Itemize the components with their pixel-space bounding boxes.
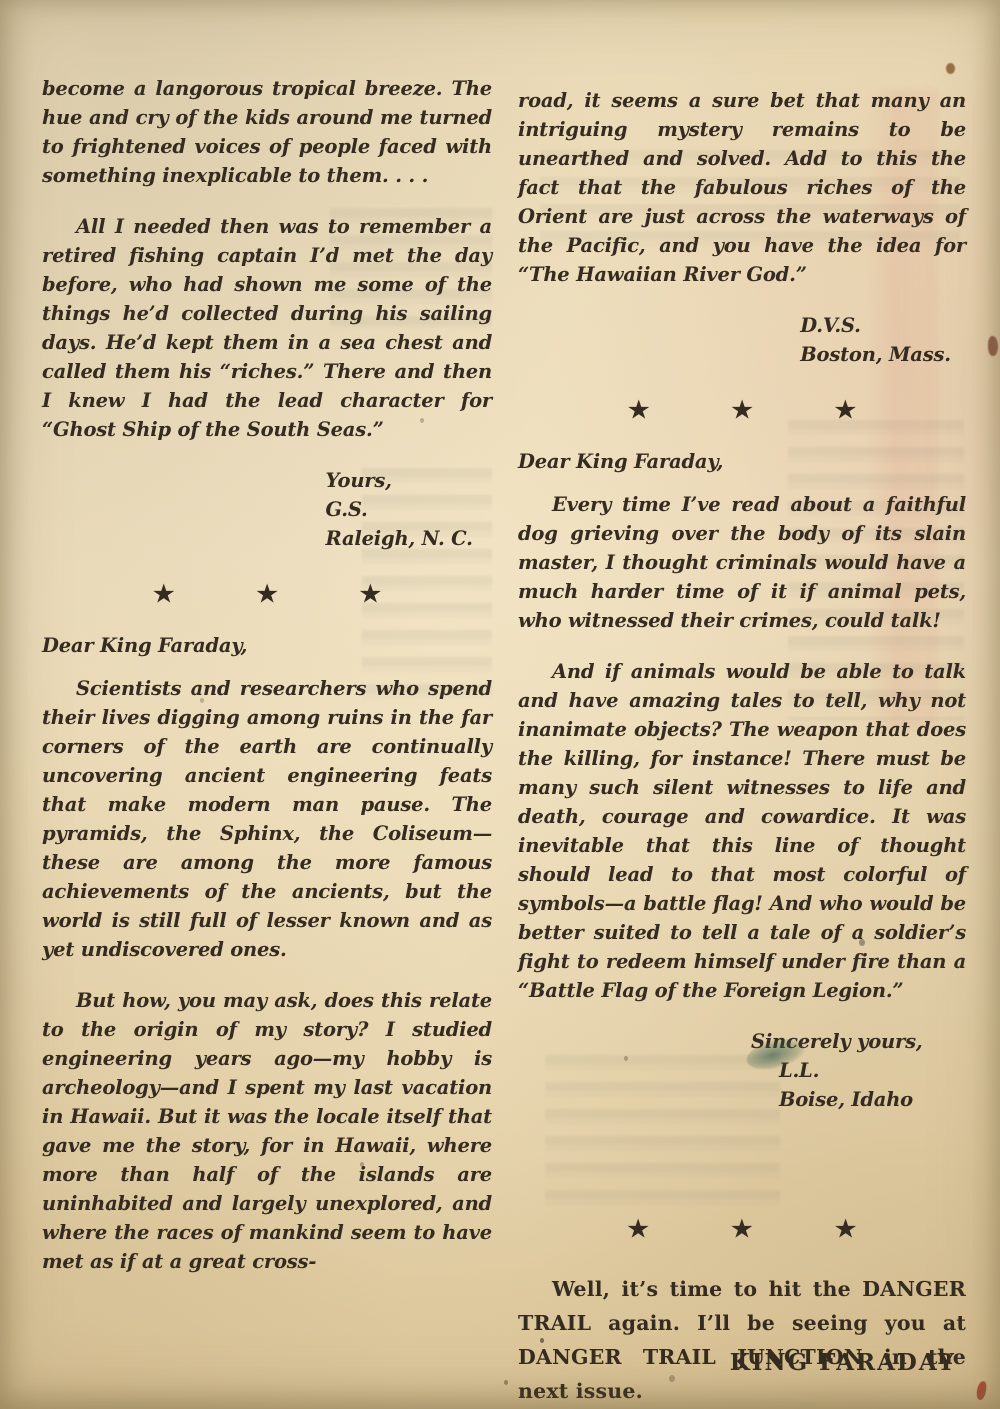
letter-signoff-ll: Sincerely yours, L.L. Boise, Idaho	[751, 1027, 966, 1114]
star-icon: ★	[731, 394, 752, 427]
signoff-line: Boise, Idaho	[751, 1085, 966, 1114]
signoff-line: Yours,	[326, 466, 493, 495]
letters-page: become a langorous tropical breeze. The …	[0, 0, 1000, 1409]
right-column: road, it seems a sure bet that many an i…	[518, 86, 966, 1409]
left-column: become a langorous tropical breeze. The …	[42, 74, 492, 1298]
letter-signoff-gs: Yours, G.S. Raleigh, N. C.	[326, 466, 493, 553]
red-edge-mark	[988, 336, 998, 356]
paragraph-and-if: And if animals would be able to talk and…	[518, 657, 966, 1005]
star-icon: ★	[256, 578, 277, 611]
star-icon: ★	[628, 394, 649, 427]
paragraph-but-how: But how, you may ask, does this relate t…	[42, 986, 492, 1276]
signoff-line: G.S.	[326, 495, 493, 524]
paragraph-every-time: Every time I’ve read about a faithful do…	[518, 490, 966, 635]
signoff-line: Raleigh, N. C.	[326, 524, 493, 553]
paragraph-sea-chest: All I needed then was to remember a reti…	[42, 212, 492, 444]
paragraph-closing: Well, it’s time to hit the DANGER TRAIL …	[518, 1272, 966, 1408]
paragraph-tropical-breeze: become a langorous tropical breeze. The …	[42, 74, 492, 190]
signoff-line: D.V.S.	[800, 311, 966, 340]
signoff-line: Boston, Mass.	[800, 340, 966, 369]
signoff-line: L.L.	[751, 1056, 966, 1085]
star-divider: ★ ★ ★	[518, 1212, 966, 1246]
paragraph-scientists: Scientists and researchers who spend the…	[42, 674, 492, 964]
star-icon: ★	[731, 1213, 753, 1246]
star-divider: ★ ★ ★	[518, 393, 966, 427]
closing-block: ★ ★ ★ Well, it’s time to hit the DANGER …	[518, 1212, 966, 1408]
star-divider: ★ ★ ★	[42, 577, 492, 611]
letter-salutation: Dear King Faraday,	[518, 447, 966, 476]
star-icon: ★	[835, 1213, 857, 1246]
red-edge-mark	[976, 1380, 988, 1400]
letter-salutation: Dear King Faraday,	[42, 631, 492, 660]
star-icon: ★	[627, 1213, 649, 1246]
editor-signature: KING FARADAY	[730, 1348, 956, 1377]
stain-spot	[946, 63, 955, 74]
paragraph-road: road, it seems a sure bet that many an i…	[518, 86, 966, 289]
signoff-line: Sincerely yours,	[751, 1027, 966, 1056]
star-icon: ★	[360, 578, 381, 611]
star-icon: ★	[835, 394, 856, 427]
star-icon: ★	[153, 578, 174, 611]
letter-signoff-dvs: D.V.S. Boston, Mass.	[800, 311, 966, 369]
